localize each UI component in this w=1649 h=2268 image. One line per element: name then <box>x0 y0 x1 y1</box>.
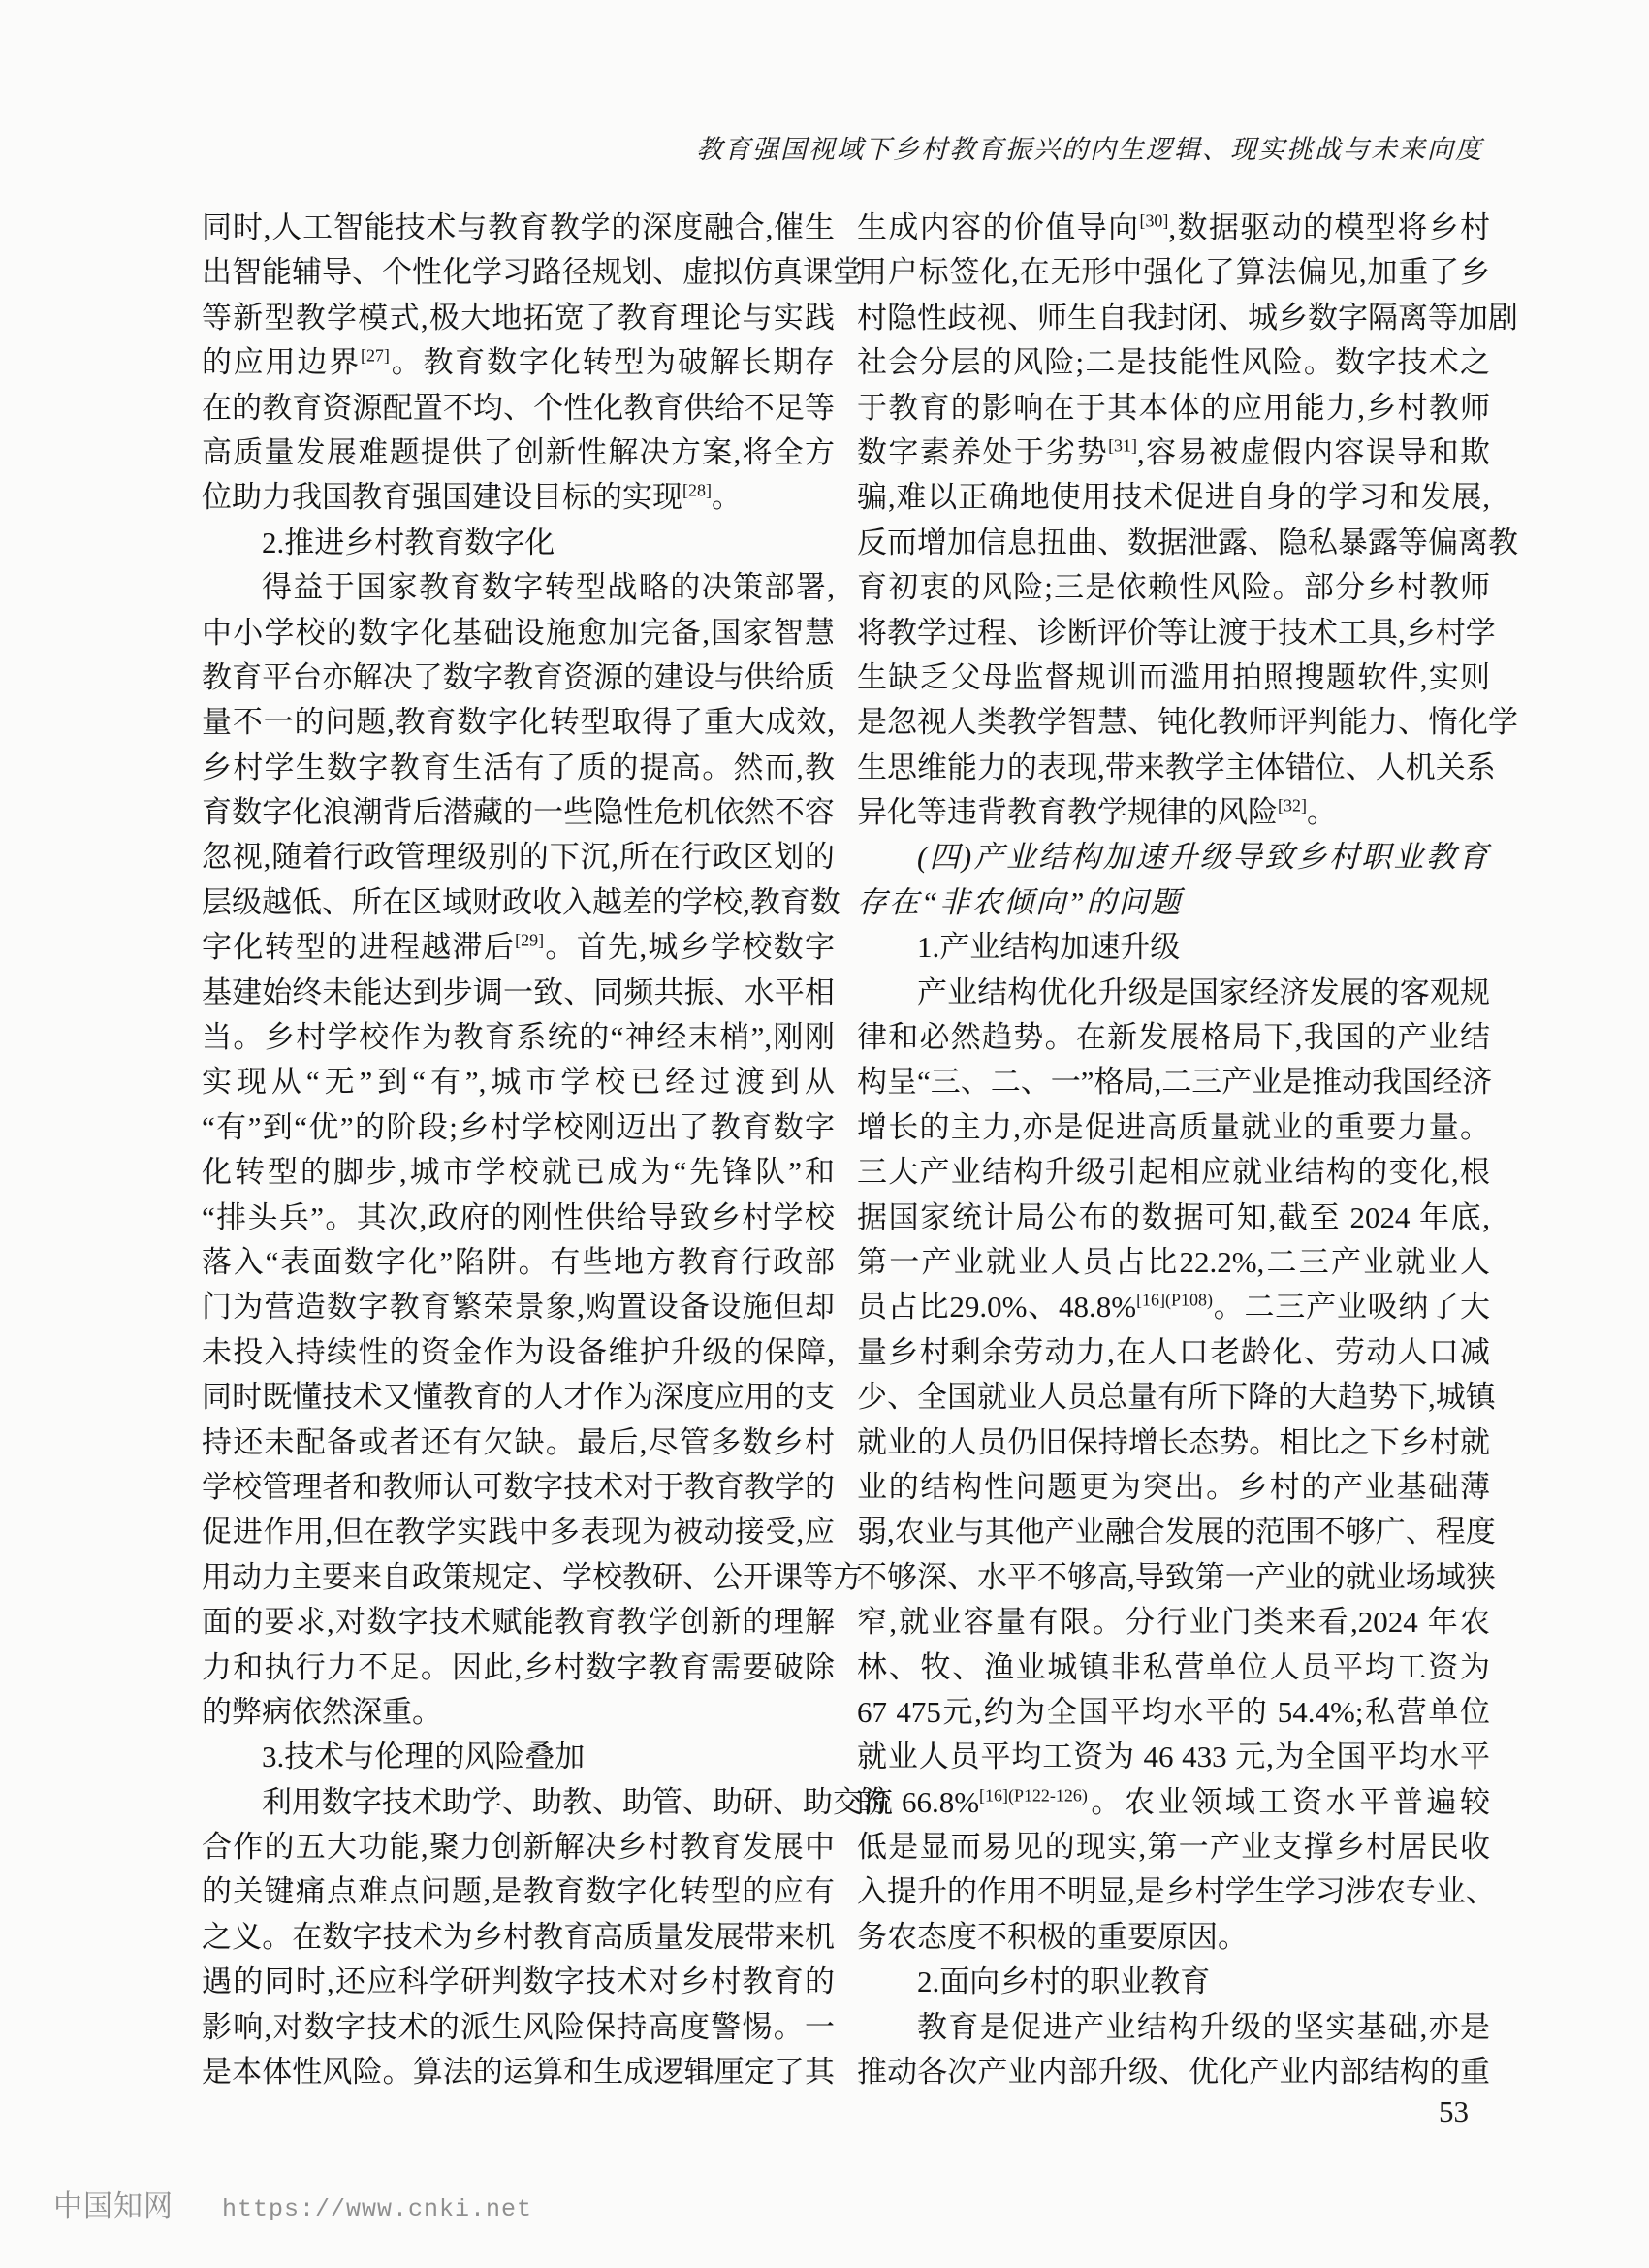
text-line: 化转型的脚步,城市学校就已成为“先锋队”和 <box>202 1150 835 1195</box>
text-line: 就业人员平均工资为 46 433 元,为全国平均水平 <box>857 1735 1490 1779</box>
paragraph-last-line: 位助力我国教育强国建设目标的实现[28]。 <box>202 475 835 520</box>
text-line: 量不一的问题,教育数字化转型取得了重大成效, <box>202 700 835 745</box>
text-line: 骗,难以正确地使用技术促进自身的学习和发展, <box>857 475 1490 520</box>
paragraph-last-line: 务农态度不积极的重要原因。 <box>857 1915 1490 1960</box>
text-line: 推动各次产业内部升级、优化产业内部结构的重 <box>857 2050 1490 2094</box>
text-line: 于教育的影响在于其本体的应用能力,乡村教师 <box>857 386 1490 431</box>
text-line: 育初衷的风险;三是依赖性风险。部分乡村教师 <box>857 565 1490 610</box>
text-line: 就业的人员仍旧保持增长态势。相比之下乡村就 <box>857 1421 1490 1465</box>
text-line: 据国家统计局公布的数据可知,截至 2024 年底, <box>857 1196 1490 1240</box>
two-column-text-area: 同时,人工智能技术与教育教学的深度融合,催生出智能辅导、个性化学习路径规划、虚拟… <box>202 206 1490 2094</box>
text-line: 中小学校的数字化基础设施愈加完备,国家智慧 <box>202 611 835 655</box>
text-line: 影响,对数字技术的派生风险保持高度警惕。一 <box>202 2005 835 2050</box>
text-line: 是本体性风险。算法的运算和生成逻辑厘定了其 <box>202 2050 835 2094</box>
text-line: 第一产业就业人员占比22.2%,二三产业就业人 <box>857 1240 1490 1285</box>
text-line: “有”到“优”的阶段;乡村学校刚迈出了教育数字 <box>202 1105 835 1150</box>
watermark-site-name: 中国知网 <box>53 2190 174 2222</box>
text-line: 学校管理者和教师认可数字技术对于教育教学的 <box>202 1465 835 1510</box>
text-line: 门为营造数字教育繁荣景象,购置设备设施但却 <box>202 1285 835 1329</box>
text-line: 之义。在数字技术为乡村教育高质量发展带来机 <box>202 1915 835 1960</box>
paragraph-last-line: 异化等违背教育教学规律的风险[32]。 <box>857 790 1490 835</box>
text-line: 三大产业结构升级引起相应就业结构的变化,根 <box>857 1150 1490 1195</box>
numbered-heading-line: 3.技术与伦理的风险叠加 <box>202 1735 835 1779</box>
paragraph-last-line: 的弊病依然深重。 <box>202 1690 835 1735</box>
text-line: 层级越低、所在区域财政收入越差的学校,教育数 <box>202 880 835 925</box>
text-line: 律和必然趋势。在新发展格局下,我国的产业结 <box>857 1015 1490 1060</box>
text-line: 量乡村剩余劳动力,在人口老龄化、劳动人口减 <box>857 1330 1490 1375</box>
text-line: 低是显而易见的现实,第一产业支撑乡村居民收 <box>857 1825 1490 1869</box>
citation-superscript: [16](P122-126) <box>979 1785 1088 1805</box>
paragraph-first-line: 得益于国家教育数字转型战略的决策部署, <box>202 565 835 610</box>
text-line: 少、全国就业人员总量有所下降的大趋势下,城镇 <box>857 1375 1490 1420</box>
text-line: 等新型教学模式,极大地拓宽了教育理论与实践 <box>202 296 835 340</box>
text-line: 力和执行力不足。因此,乡村数字教育需要破除 <box>202 1645 835 1690</box>
text-line: 生成内容的价值导向[30],数据驱动的模型将乡村 <box>857 206 1490 250</box>
text-line: 同时既懂技术又懂教育的人才作为深度应用的支 <box>202 1375 835 1420</box>
citation-superscript: [29] <box>515 931 544 950</box>
text-line: 反而增加信息扭曲、数据泄露、隐私暴露等偏离教 <box>857 521 1490 565</box>
section-heading-line: 存在“非农倾向”的问题 <box>857 880 1490 925</box>
text-line: 的关键痛点难点问题,是教育数字化转型的应有 <box>202 1869 835 1914</box>
section-heading-line: (四)产业结构加速升级导致乡村职业教育 <box>857 835 1490 879</box>
text-line: 促进作用,但在教学实践中多表现为被动接受,应 <box>202 1510 835 1554</box>
text-line: 实现从“无”到“有”,城市学校已经过渡到从 <box>202 1060 835 1104</box>
citation-superscript: [30] <box>1139 211 1168 231</box>
paragraph-first-line: 产业结构优化升级是国家经济发展的客观规 <box>857 971 1490 1015</box>
numbered-heading-line: 2.推进乡村教育数字化 <box>202 521 835 565</box>
text-line: 乡村学生数字教育生活有了质的提高。然而,教 <box>202 746 835 790</box>
text-line: 入提升的作用不明显,是乡村学生学习涉农专业、 <box>857 1869 1490 1914</box>
citation-superscript: [32] <box>1278 796 1307 815</box>
text-line: 在的教育资源配置不均、个性化教育供给不足等 <box>202 386 835 431</box>
text-line: 忽视,随着行政管理级别的下沉,所在行政区划的 <box>202 835 835 879</box>
text-line: 构呈“三、二、一”格局,二三产业是推动我国经济 <box>857 1060 1490 1104</box>
text-line: 教育平台亦解决了数字教育资源的建设与供给质 <box>202 655 835 700</box>
page-number: 53 <box>1439 2094 1469 2129</box>
text-line: 落入“表面数字化”陷阱。有些地方教育行政部 <box>202 1240 835 1285</box>
right-column: 生成内容的价值导向[30],数据驱动的模型将乡村用户标签化,在无形中强化了算法偏… <box>857 206 1490 2094</box>
text-line: 基建始终未能达到步调一致、同频共振、水平相 <box>202 971 835 1015</box>
text-line: 不够深、水平不够高,导致第一产业的就业场域狭 <box>857 1555 1490 1600</box>
scanned-paper-page: { "document": { "running_title": "教育强国视域… <box>0 0 1649 2268</box>
text-line: 的应用边界[27]。教育数字化转型为破解长期存 <box>202 340 835 385</box>
citation-superscript: [27] <box>361 346 390 366</box>
text-line: 数字素养处于劣势[31],容易被虚假内容误导和欺 <box>857 431 1490 475</box>
paragraph-first-line: 利用数字技术助学、助教、助管、助研、助交流 <box>202 1780 835 1825</box>
watermark-footer: 中国知网 https://www.cnki.net <box>53 2182 532 2224</box>
text-line: 员占比29.0%、48.8%[16](P108)。二三产业吸纳了大 <box>857 1285 1490 1329</box>
running-header-title: 教育强国视域下乡村教育振兴的内生逻辑、现实挑战与未来向度 <box>696 128 1483 166</box>
text-line: 未投入持续性的资金作为设备维护升级的保障, <box>202 1330 835 1375</box>
numbered-heading-line: 1.产业结构加速升级 <box>857 925 1490 970</box>
text-line: 生思维能力的表现,带来教学主体错位、人机关系 <box>857 746 1490 790</box>
text-line: 将教学过程、诊断评价等让渡于技术工具,乡村学 <box>857 611 1490 655</box>
citation-superscript: [28] <box>682 481 712 500</box>
paragraph-first-line: 教育是促进产业结构升级的坚实基础,亦是 <box>857 2005 1490 2050</box>
citation-superscript: [31] <box>1108 436 1137 456</box>
text-line: 字化转型的进程越滞后[29]。首先,城乡学校数字 <box>202 925 835 970</box>
text-line: 是忽视人类教学智慧、钝化教师评判能力、惰化学 <box>857 700 1490 745</box>
text-line: 高质量发展难题提供了创新性解决方案,将全方 <box>202 431 835 475</box>
text-line: 遇的同时,还应科学研判数字技术对乡村教育的 <box>202 1960 835 2004</box>
numbered-heading-line: 2.面向乡村的职业教育 <box>857 1960 1490 2004</box>
text-line: 弱,农业与其他产业融合发展的范围不够广、程度 <box>857 1510 1490 1554</box>
text-line: 社会分层的风险;二是技能性风险。数字技术之 <box>857 340 1490 385</box>
text-line: 当。乡村学校作为教育系统的“神经末梢”,刚刚 <box>202 1015 835 1060</box>
text-line: 育数字化浪潮背后潜藏的一些隐性危机依然不容 <box>202 790 835 835</box>
text-line: 持还未配备或者还有欠缺。最后,尽管多数乡村 <box>202 1421 835 1465</box>
text-line: 林、牧、渔业城镇非私营单位人员平均工资为 <box>857 1645 1490 1690</box>
text-line: 的 66.8%[16](P122-126)。农业领域工资水平普遍较 <box>857 1780 1490 1825</box>
text-line: 生缺乏父母监督规训而滥用拍照搜题软件,实则 <box>857 655 1490 700</box>
left-column: 同时,人工智能技术与教育教学的深度融合,催生出智能辅导、个性化学习路径规划、虚拟… <box>202 206 835 2094</box>
text-line: 增长的主力,亦是促进高质量就业的重要力量。 <box>857 1105 1490 1150</box>
text-line: 同时,人工智能技术与教育教学的深度融合,催生 <box>202 206 835 250</box>
text-line: 业的结构性问题更为突出。乡村的产业基础薄 <box>857 1465 1490 1510</box>
watermark-site-url: https://www.cnki.net <box>222 2195 532 2223</box>
text-line: 窄,就业容量有限。分行业门类来看,2024 年农 <box>857 1600 1490 1645</box>
text-line: 用户标签化,在无形中强化了算法偏见,加重了乡 <box>857 250 1490 295</box>
text-line: 合作的五大功能,聚力创新解决乡村教育发展中 <box>202 1825 835 1869</box>
text-line: 67 475元,约为全国平均水平的 54.4%;私营单位 <box>857 1690 1490 1735</box>
text-line: 出智能辅导、个性化学习路径规划、虚拟仿真课堂 <box>202 250 835 295</box>
text-line: 面的要求,对数字技术赋能教育教学创新的理解 <box>202 1600 835 1645</box>
text-line: “排头兵”。其次,政府的刚性供给导致乡村学校 <box>202 1196 835 1240</box>
text-line: 用动力主要来自政策规定、学校教研、公开课等方 <box>202 1555 835 1600</box>
citation-superscript: [16](P108) <box>1136 1291 1213 1310</box>
text-line: 村隐性歧视、师生自我封闭、城乡数字隔离等加剧 <box>857 296 1490 340</box>
